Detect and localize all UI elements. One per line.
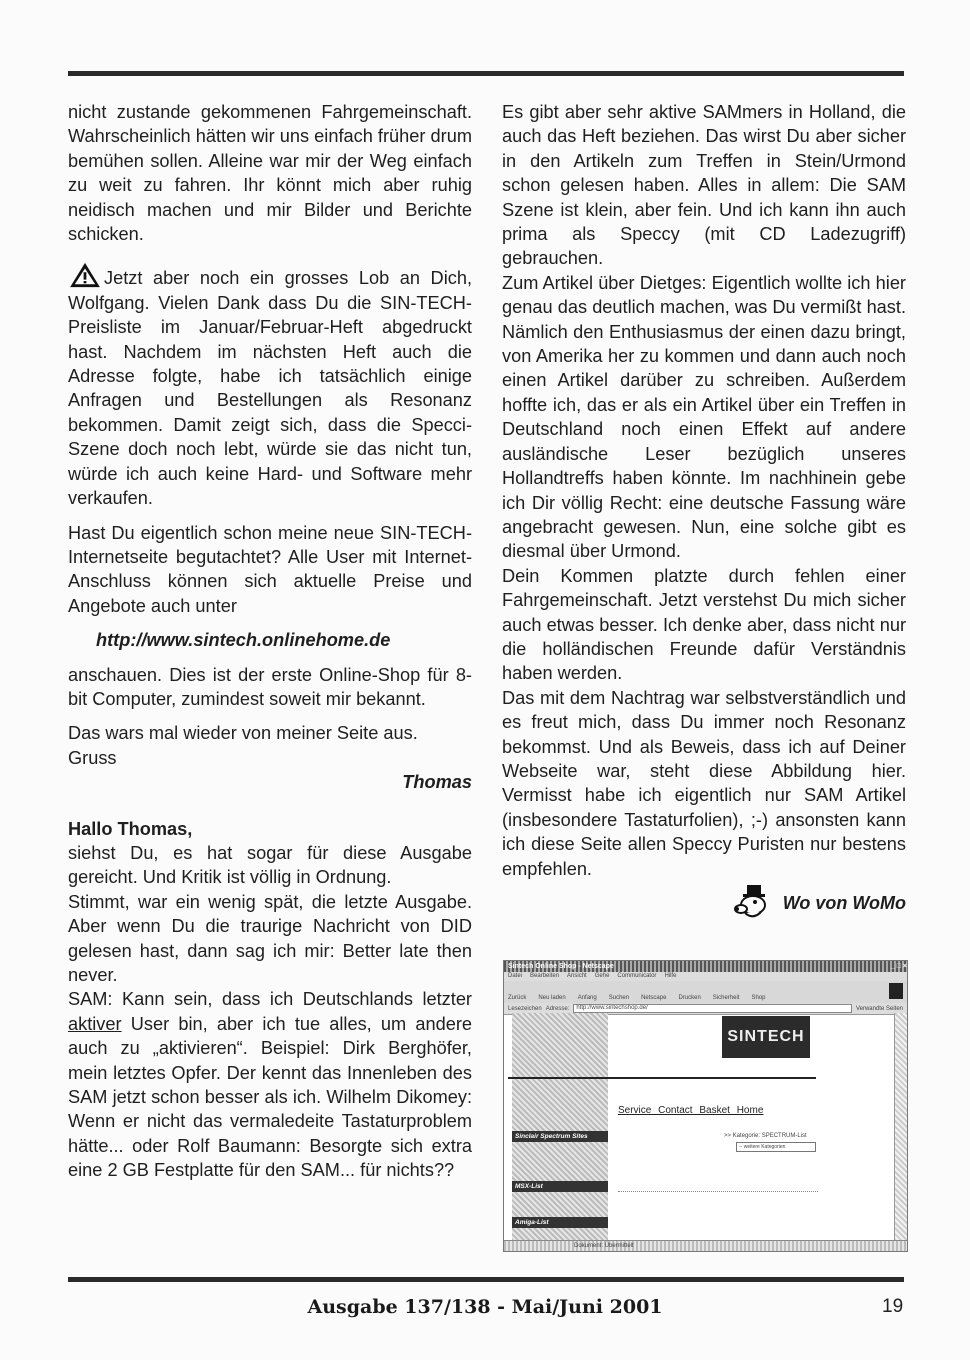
text: User bin, aber ich tue alles, um andere … (68, 1014, 472, 1180)
paragraph: nicht zustande gekommenen Fahrgemeinscha… (68, 100, 472, 246)
scrollbar[interactable] (894, 1013, 907, 1241)
category-label: >> Kategorie: SPECTRUM-List (724, 1133, 807, 1139)
paragraph: SAM: Kann sein, dass ich Deutschlands le… (68, 987, 472, 1182)
greeting: Gruss (68, 746, 472, 770)
window-titlebar: Sintech Online Shop - Netscape_ □ × (504, 961, 907, 972)
shop-nav-links[interactable]: Service Contact Basket Home (618, 1105, 763, 1116)
browser-screenshot: Sintech Online Shop - Netscape_ □ × Date… (503, 960, 908, 1252)
menu-item[interactable]: Hilfe (664, 972, 676, 981)
text: SAM: Kann sein, dass ich Deutschlands le… (68, 989, 472, 1009)
signature: Wo von WoMo (783, 891, 906, 915)
related-button[interactable]: Verwandte Seiten (856, 1006, 903, 1012)
address-label: Adresse: (546, 1006, 570, 1012)
paragraph: Jetzt aber noch ein grosses Lob an Dich,… (68, 262, 472, 510)
category-select[interactable]: -- weitere Kategorien (736, 1142, 816, 1152)
browser-toolbar: Zurück Neu laden Anfang Suchen Netscape … (504, 981, 907, 1003)
menu-item[interactable]: Gehe (595, 972, 610, 981)
reply-heading: Hallo Thomas, (68, 817, 472, 841)
paragraph: Es gibt aber sehr aktive SAMmers in Holl… (502, 100, 906, 271)
left-column: nicht zustande gekommenen Fahrgemeinscha… (68, 100, 472, 1183)
bookmarks-button[interactable]: Lesezeichen (508, 1006, 542, 1012)
page-number: 19 (882, 1296, 903, 1318)
window-title: Sintech Online Shop - Netscape (508, 961, 614, 972)
sintech-logo: SINTECH (722, 1016, 810, 1058)
issue-footer: Ausgabe 137/138 - Mai/Juni 2001 (0, 1296, 970, 1318)
womo-wolf-mascot-icon (733, 885, 777, 921)
signature-block: Wo von WoMo (502, 885, 906, 921)
sidebar-item-msx[interactable]: MSX-List (512, 1181, 608, 1192)
menu-item[interactable]: Bearbeiten (530, 972, 559, 981)
top-rule (68, 71, 904, 76)
netscape-button[interactable]: Netscape (641, 995, 666, 1001)
divider (618, 1191, 818, 1192)
page-content: Sinclair Spectrum Sites MSX-List Amiga-L… (504, 1013, 895, 1241)
warning-triangle-icon (68, 262, 102, 288)
menu-item[interactable]: Ansicht (567, 972, 587, 981)
paragraph: anschauen. Dies ist der erste Online-Sho… (68, 663, 472, 712)
home-button[interactable]: Anfang (578, 995, 597, 1001)
shop-button[interactable]: Shop (751, 995, 765, 1001)
paragraph: Stimmt, war ein wenig spät, die letzte A… (68, 890, 472, 988)
website-link[interactable]: http://www.sintech.onlinehome.de (68, 628, 472, 652)
window-controls-icon: _ □ × (891, 961, 907, 972)
sidebar-item-amiga[interactable]: Amiga-List (512, 1217, 608, 1228)
security-button[interactable]: Sicherheit (713, 995, 740, 1001)
print-button[interactable]: Drucken (678, 995, 700, 1001)
menu-item[interactable]: Datei (508, 972, 522, 981)
shop-sidebar: Sinclair Spectrum Sites MSX-List Amiga-L… (512, 1013, 608, 1241)
back-button[interactable]: Zurück (508, 995, 526, 1001)
paragraph: Dein Kommen platzte durch fehlen einer F… (502, 564, 906, 686)
reload-button[interactable]: Neu laden (538, 995, 565, 1001)
netscape-logo-icon (889, 983, 903, 999)
sidebar-item-spectrum[interactable]: Sinclair Spectrum Sites (512, 1131, 608, 1142)
address-input[interactable]: http://www.sintechshop.de/ (573, 1004, 852, 1013)
search-button[interactable]: Suchen (609, 995, 629, 1001)
paragraph: Das wars mal wieder von meiner Seite aus… (68, 721, 472, 745)
menu-item[interactable]: Communicator (617, 972, 656, 981)
paragraph: Zum Artikel über Dietges: Eigentlich wol… (502, 271, 906, 564)
paragraph: Das mit dem Nachtrag war selbstverständl… (502, 686, 906, 881)
divider (508, 1077, 816, 1079)
underlined-word: aktiver (68, 1014, 122, 1034)
paragraph-text: Jetzt aber noch ein grosses Lob an Dich,… (68, 268, 472, 508)
menu-bar: Datei Bearbeiten Ansicht Gehe Communicat… (504, 972, 907, 981)
signature: Thomas (68, 770, 472, 794)
bottom-rule (68, 1277, 904, 1282)
paragraph: siehst Du, es hat sogar für diese Ausgab… (68, 841, 472, 890)
status-bar: Dokument: Übermittelt (504, 1240, 907, 1251)
paragraph: Hast Du eigentlich schon meine neue SIN-… (68, 521, 472, 619)
right-column: Es gibt aber sehr aktive SAMmers in Holl… (502, 100, 906, 921)
